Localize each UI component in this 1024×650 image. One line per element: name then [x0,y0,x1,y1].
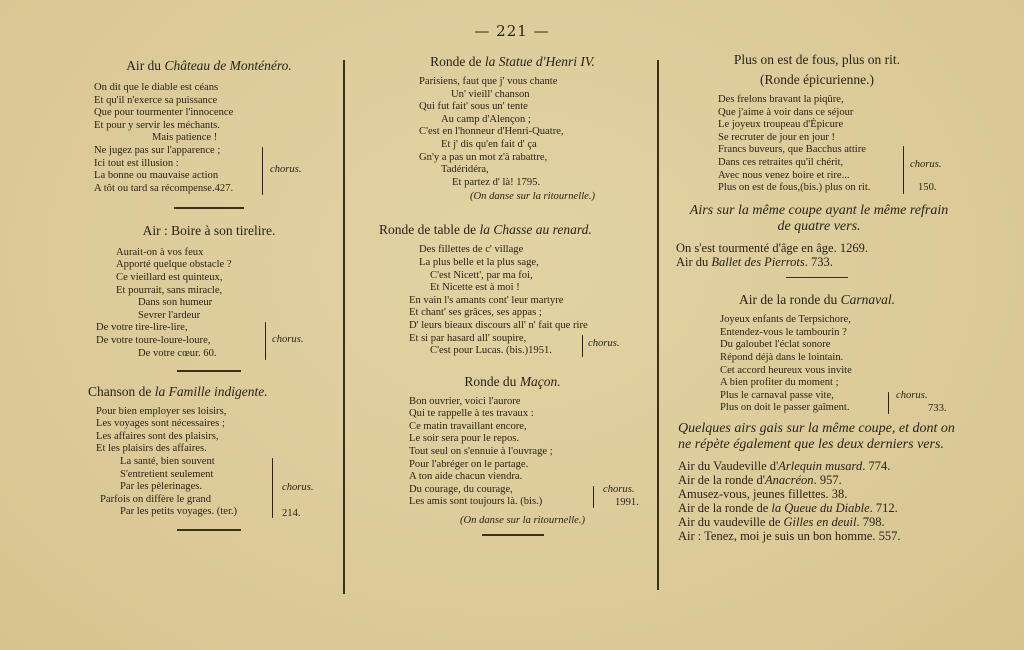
air-list-item: Amusez-vous, jeunes fillettes. 38. [678,487,962,501]
chorus-block: Et si par hasard all' soupire, C'est pou… [375,333,650,358]
air-list-item: Air du Vaudeville d'Arlequin musard. 774… [678,459,962,473]
air-list-item: Air du vaudeville de Gilles en deuil. 79… [678,515,962,529]
air-list-item: Air du Ballet des Pierrots. 733. [676,255,962,269]
song-subtitle: (Ronde épicurienne.) [672,72,962,88]
column-middle: Ronde de la Statue d'Henri IV. Parisiens… [375,52,650,548]
verse: On dit que le diable est céans Et qu'il … [84,82,334,195]
song-title: Ronde de table de la Chasse au renard. [375,222,650,238]
air-list-item: Air : Tenez, moi je suis un bon homme. 5… [678,529,962,543]
separator [786,277,848,279]
song-title: Ronde du Maçon. [375,374,650,390]
song-statue-henri-iv: Ronde de la Statue d'Henri IV. Parisiens… [375,54,650,202]
song-title: Plus on est de fous, plus on rit. [672,52,962,68]
brace [888,392,889,414]
airs-same-refrain: Airs sur la même coupe ayant le même ref… [672,203,962,269]
chorus-block: Plus le carnaval passe vite, Plus on doi… [672,390,962,415]
song-title: Ronde de la Statue d'Henri IV. [375,54,650,70]
air-list-item: Air de la ronde de la Queue du Diable. 7… [678,501,962,515]
page-number: — 221 — [0,22,1024,40]
chorus-block: Ne jugez pas sur l'apparence ; Ici tout … [84,145,334,195]
separator [177,370,241,372]
air-list: Air du Vaudeville d'Arlequin musard. 774… [672,459,962,543]
separator [177,529,241,531]
song-famille-indigente: Chanson de la Famille indigente. Pour bi… [84,384,334,519]
brace [262,147,263,195]
verse: Parisiens, faut que j' vous chante Un' v… [375,76,650,189]
song-chateau-montenero: Air du Château de Monténéro. On dit que … [84,58,334,195]
chorus-block: Francs buveurs, que Bacchus attire Dans … [672,144,962,194]
brace [593,486,594,508]
separator [174,207,244,209]
brace [265,322,266,360]
chorus-block: De votre tire-lire-lire, De votre toure-… [84,322,334,360]
song-carnaval: Air de la ronde du Carnaval. Joyeux enfa… [672,292,962,415]
song-macon: Ronde du Maçon. Bon ouvrier, voici l'aur… [375,374,650,526]
air-list: On s'est tourmenté d'âge en âge. 1269. A… [672,241,962,269]
song-plus-on-est-de-fous: Plus on est de fous, plus on rit. (Ronde… [672,52,962,195]
brace [903,146,904,194]
verse: Aurait-on à vos feux Apporté quelque obs… [84,247,334,360]
song-title: Chanson de la Famille indigente. [84,384,334,400]
song-title: Air du Château de Monténéro. [84,58,334,74]
column-divider-left [343,60,345,594]
song-title: Air : Boire à son tirelire. [84,223,334,239]
verse: Des frelons bravant la piqûre, Que j'aim… [672,94,962,195]
separator [482,534,544,536]
air-list-item: Air de la ronde d'Anacréon. 957. [678,473,962,487]
chorus-block: Du courage, du courage, Les amis sont to… [375,484,650,509]
verse: Des fillettes de c' village La plus bell… [375,244,650,357]
verse: Joyeux enfants de Terpsichore, Entendez-… [672,314,962,415]
section-heading: Airs sur la même coupe ayant le même ref… [672,203,962,235]
song-boire-tirelire: Air : Boire à son tirelire. Aurait-on à … [84,223,334,360]
verse: Bon ouvrier, voici l'aurore Qui te rappe… [375,396,650,509]
airs-gais: Quelques airs gais sur la même coupe, et… [672,421,962,543]
column-left: Air du Château de Monténéro. On dit que … [84,52,334,543]
brace [582,335,583,357]
chorus-block: La santé, bien souvent S'entretient seul… [84,456,334,519]
brace [272,458,273,518]
song-title: Air de la ronde du Carnaval. [672,292,962,308]
song-chasse-au-renard: Ronde de table de la Chasse au renard. D… [375,222,650,357]
air-list-item: On s'est tourmenté d'âge en âge. 1269. [676,241,962,255]
column-right: Plus on est de fous, plus on rit. (Ronde… [672,52,962,543]
column-divider-right [657,60,659,590]
dance-note: (On danse sur la ritournelle.) [375,191,650,202]
section-heading: Quelques airs gais sur la même coupe, et… [672,421,962,453]
dance-note: (On danse sur la ritournelle.) [375,515,650,526]
verse: Pour bien employer ses loisirs, Les voya… [84,406,334,519]
